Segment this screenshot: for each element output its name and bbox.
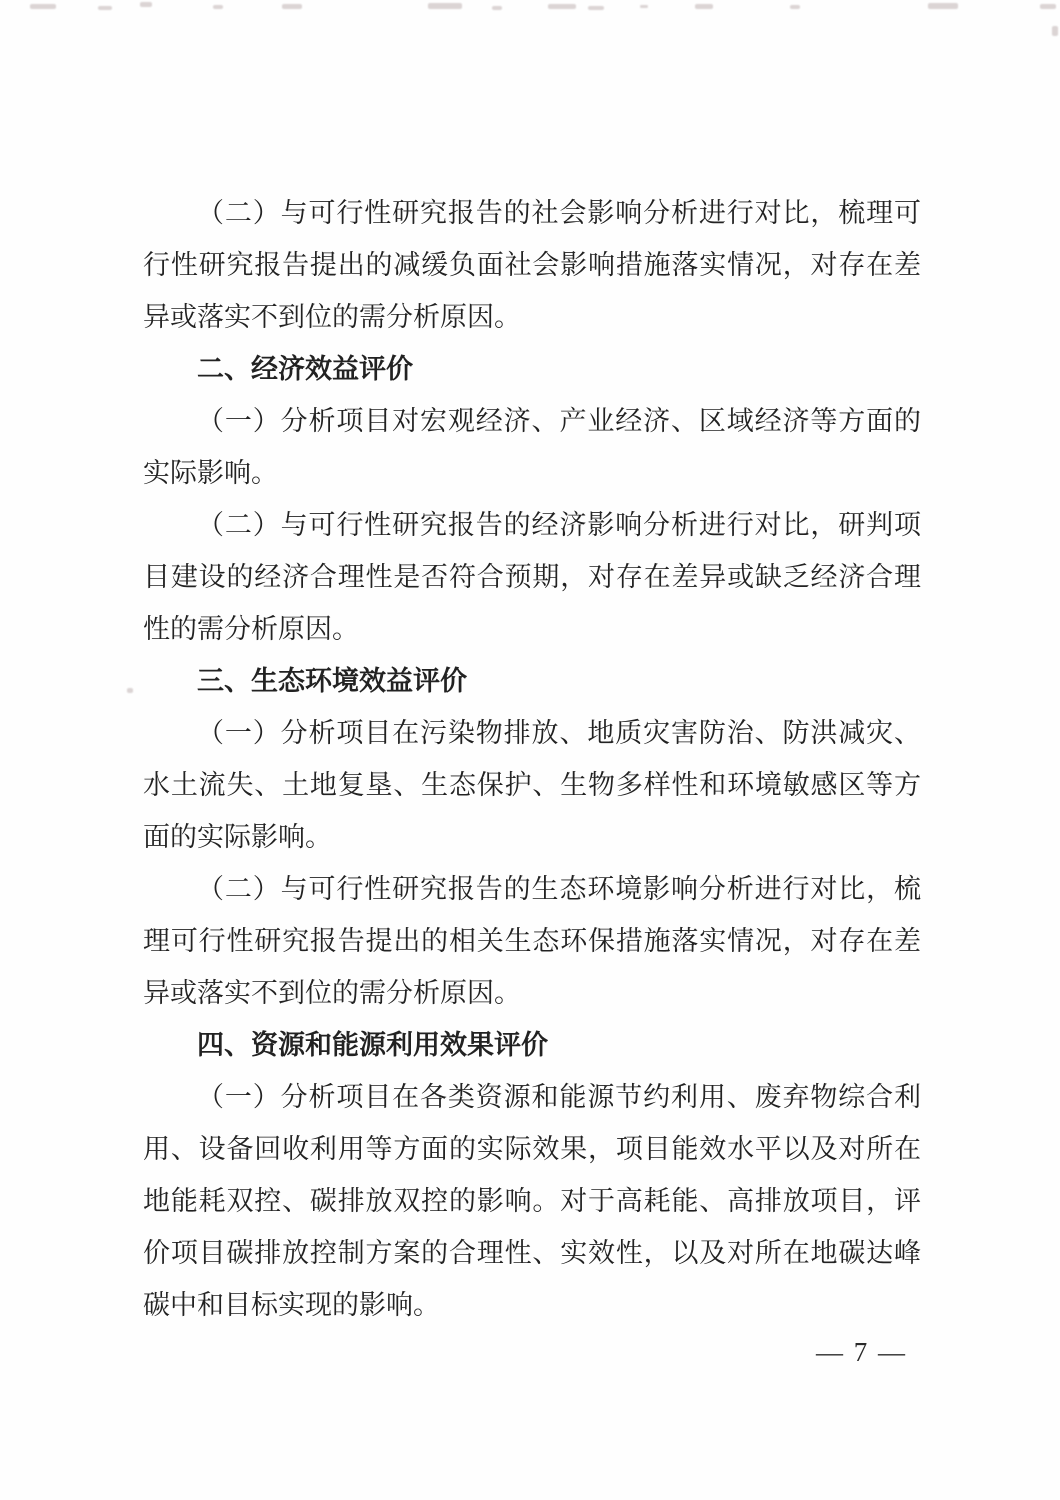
scan-artifact [282,4,302,9]
scan-artifact [548,4,576,9]
section-heading-economic-benefit: 二、经济效益评价 [143,343,921,395]
paragraph-ecological-actual-impact: （一）分析项目在污染物排放、地质灾害防治、防洪减灾、水土流失、土地复垦、生态保护… [143,707,921,863]
page-number: — 7 — [816,1326,907,1378]
scan-artifact [213,5,223,9]
scan-artifact [492,6,502,10]
scan-artifact [695,4,713,9]
scan-artifact [790,5,800,9]
paragraph-social-impact-comparison: （二）与可行性研究报告的社会影响分析进行对比，梳理可行性研究报告提出的减缓负面社… [143,187,921,343]
section-heading-resource-energy: 四、资源和能源利用效果评价 [143,1019,921,1071]
paragraph-economic-actual-impact: （一）分析项目对宏观经济、产业经济、区域经济等方面的实际影响。 [143,395,921,499]
scan-artifact [640,5,648,8]
scan-artifact [140,2,152,7]
scan-artifact [1040,4,1056,9]
document-body: （二）与可行性研究报告的社会影响分析进行对比，梳理可行性研究报告提出的减缓负面社… [143,187,921,1331]
scan-artifact [30,4,56,9]
paragraph-economic-comparison: （二）与可行性研究报告的经济影响分析进行对比，研判项目建设的经济合理性是否符合预… [143,499,921,655]
scan-artifact [98,6,112,10]
scan-artifact [127,688,133,693]
scan-artifact [928,3,958,9]
scan-artifact [428,3,462,9]
scan-artifact [588,6,604,10]
paragraph-ecological-comparison: （二）与可行性研究报告的生态环境影响分析进行对比，梳理可行性研究报告提出的相关生… [143,863,921,1019]
section-heading-ecological-benefit: 三、生态环境效益评价 [143,655,921,707]
paragraph-resource-energy-effect: （一）分析项目在各类资源和能源节约利用、废弃物综合利用、设备回收利用等方面的实际… [143,1071,921,1331]
scan-artifact [1052,26,1058,36]
